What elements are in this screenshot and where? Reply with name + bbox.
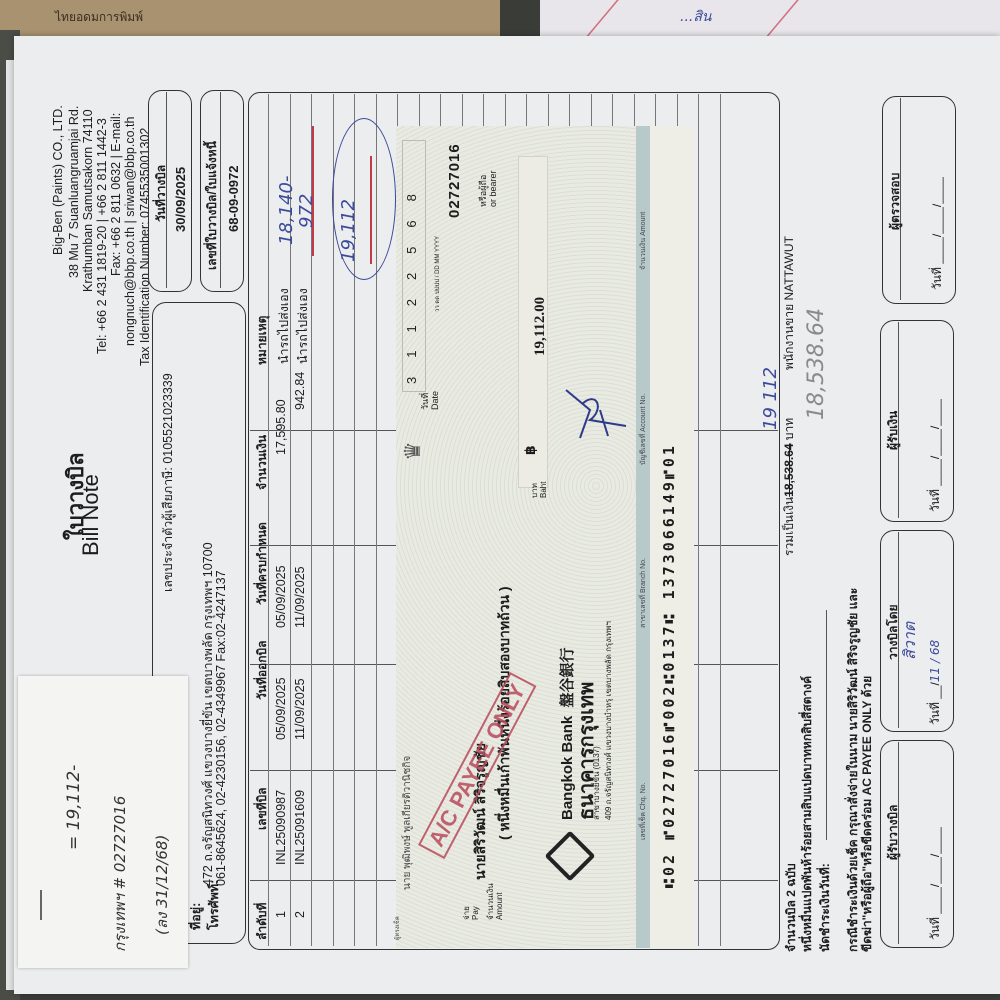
cheque-amount-label: จำนวนเงินAmount — [486, 883, 504, 920]
bill-no-label: เลขที่ใบวางบิล/ใบแจ้งหนี้ — [203, 141, 222, 270]
signature-date-billed-by: วันที่ __/11 / 68 — [926, 640, 945, 725]
cheque-signature — [560, 380, 630, 440]
bank-branch-address: 409 ถ.จรัญสนิทวงศ์ แขวงบางบำหรุ เขตบางพล… — [602, 621, 615, 820]
cheque-notice-2: ขีดฆ่า"หรือผู้ถือ"หรือขีดคร่อม AC PAYEE … — [858, 676, 877, 952]
cheque-date-digits: 31122568 — [404, 175, 419, 384]
row-2-bill-no: INL25091609 — [293, 790, 307, 865]
background-ruled-paper — [540, 0, 1000, 40]
signature-date-bill-receiver: วันที่ ____/____/____ — [926, 827, 945, 940]
row-2-seq: 2 — [293, 911, 307, 918]
row-2-due-date: 11/09/2025 — [293, 566, 307, 628]
row-1-due-date: 05/09/2025 — [274, 565, 288, 628]
row-1-bill-no: INL25090987 — [274, 790, 288, 865]
table-row-divider — [698, 94, 699, 946]
table-row-divider — [720, 94, 721, 946]
cardboard-printed-text: ไทยอดมการพิมพ์ — [55, 8, 143, 27]
col-header-seq: ลำดับที่ — [253, 903, 272, 940]
company-name: Big-Ben (Paints) CO., LTD. — [50, 105, 66, 255]
sticky-note-cheque-no: กรุงเทพฯ # 02727016 — [108, 796, 132, 952]
salesperson: พนักงานขาย NATTAWUT — [780, 236, 799, 370]
sticky-note-date: (ลง 31/12/68) — [150, 835, 174, 935]
col-header-amount: จำนวนเงิน — [253, 435, 272, 490]
cheque-date-label: วันที่Date — [420, 391, 440, 410]
col-header-due-date: วันที่ครบกำหนด — [253, 522, 272, 605]
bill-date-label: วันที่วางบิล — [152, 165, 171, 222]
total-unit: บาท — [782, 418, 796, 440]
row-1-seq: 1 — [274, 911, 288, 918]
cheque-pay-label: จ่ายPay — [462, 906, 480, 920]
handwritten-red-underline — [312, 126, 314, 256]
total-amount-row: รวมเป็นเงิน18,538.64 บาท — [780, 418, 799, 556]
band-label-amount: จำนวนเงิน Amount — [638, 212, 649, 270]
customer-address-label: ที่อยู่: — [186, 903, 206, 930]
amount-in-words: หนึ่งหมื่นแปดพันห้าร้อยสามสิบแปดบาทหกสิบ… — [798, 676, 817, 952]
cheque-bearer: หรือผู้ถือor bearer — [478, 170, 498, 207]
signature-date-auditor: วันที่ ____/____/____ — [928, 177, 947, 290]
cheque-currency-symbol: ฿ — [522, 445, 539, 455]
customer-phone: 061-8645624, 02-4230156, 02-4349967 Fax:… — [214, 570, 228, 886]
bill-date-value: 30/09/2025 — [173, 167, 188, 232]
customer-tax-id: เลขประจำตัวผู้เสียภาษี: 0105521023339 — [158, 373, 178, 592]
cheque-amount: 19,112.00 — [532, 297, 549, 356]
staple-icon — [40, 890, 42, 920]
payment-date-field[interactable] — [826, 610, 828, 840]
total-value: 18,538.64 — [782, 443, 796, 496]
document-title-en: Bill Note — [78, 474, 104, 556]
signature-label-bill-receiver: ผู้รับวางบิล — [884, 805, 903, 860]
band-label-account-no: บัญชีเลขที่ Account No. — [638, 394, 649, 465]
cheque-drawer: นาย พุฒิพงษ์ พูลเกียรติวานิชกิจ — [400, 756, 415, 890]
bill-no-value: 68-09-0972 — [226, 166, 241, 233]
row-2-amount: 942.84 — [293, 372, 307, 410]
handwritten-billed-by-sign: สิวาต — [898, 622, 923, 660]
band-label-cheque-no: เลขที่เช็ค Chq. No. — [638, 783, 649, 840]
garuda-emblem-icon: ♛ — [400, 441, 426, 461]
signature-label-payment-receiver: ผู้รับเงิน — [884, 411, 903, 450]
cheque-micr-line: ⑆02 ⑈02727016⑈002⑆0137⑆ 1373066149⑈01 — [660, 443, 678, 888]
row-1-amount: 17,595.80 — [274, 399, 288, 455]
signature-date-payment-receiver: วันที่ ____/____/____ — [926, 399, 945, 512]
cheque-date-format: วว ดด ปปปป / DD MM YYYY — [432, 236, 442, 312]
band-label-branch-no: สาขาเลขที่ Branch No. — [638, 558, 649, 628]
col-header-remark: หมายเหตุ — [253, 316, 272, 365]
cheque-stub-label: ผู้ทรงเช็ค — [392, 916, 402, 940]
cheque-baht-label: บาทBaht — [530, 482, 548, 498]
total-label: รวมเป็นเงิน — [782, 497, 796, 556]
row-2-issue-date: 11/09/2025 — [293, 678, 307, 740]
signature-label-auditor: ผู้ตรวจสอบ — [886, 173, 905, 230]
payment-date-label: นัดชำระเงินวันที่: — [816, 863, 835, 952]
company-email: nongnuch@bbp.co.th | sriwan@bbp.co.th — [122, 117, 138, 346]
background-handwriting: ...สิน — [680, 6, 711, 28]
col-header-issue-date: วันที่ออกบิล — [253, 640, 272, 700]
col-header-bill-no: เลขที่บิล — [253, 787, 272, 830]
handwritten-line-1: 18,140- — [276, 176, 297, 245]
handwritten-net-amount: 18,538.64 — [804, 308, 829, 420]
sticky-note-amount: = 19,112- — [64, 765, 84, 850]
handwritten-total-corrected: 19 112 — [760, 367, 781, 430]
handwritten-circle — [332, 118, 396, 280]
row-1-remark: นำรถไปส่งเอง — [274, 288, 294, 364]
row-1-issue-date: 05/09/2025 — [274, 677, 288, 740]
customer-phone-label: โทรศัพท์: — [204, 880, 224, 930]
row-2-remark: นำรถไปส่งเอง — [293, 288, 313, 364]
cheque-number: 02727016 — [446, 143, 463, 218]
